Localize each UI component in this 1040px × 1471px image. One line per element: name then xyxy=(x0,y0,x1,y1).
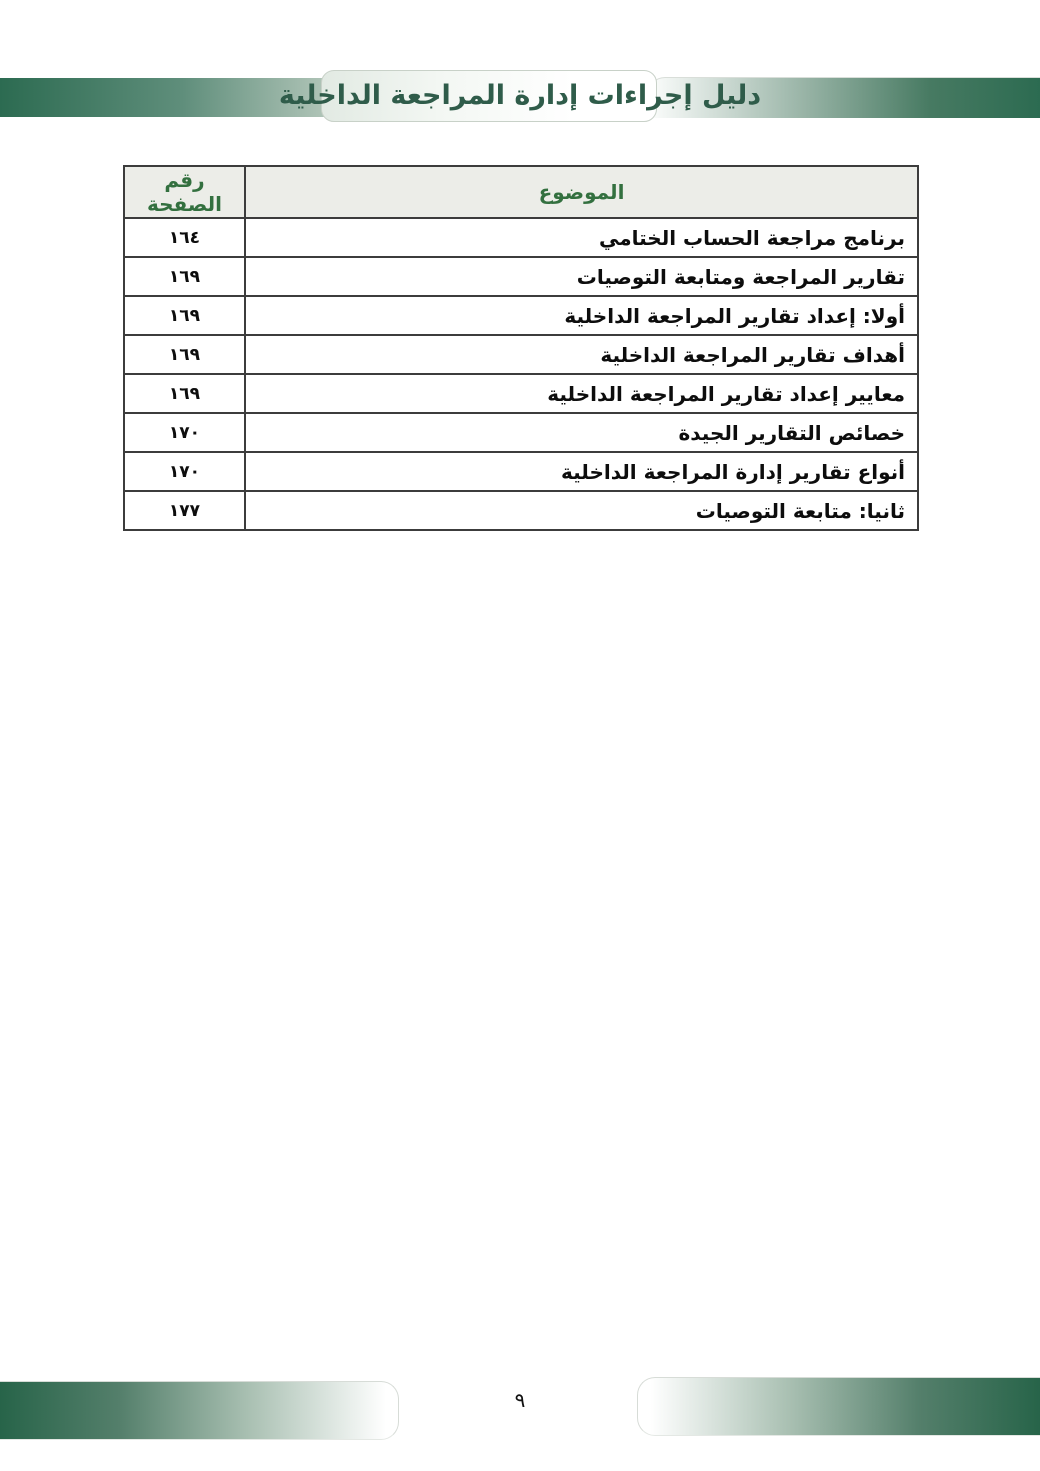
table-row: برنامج مراجعة الحساب الختامي ١٦٤ xyxy=(124,218,918,257)
table-row: أولا: إعداد تقارير المراجعة الداخلية ١٦٩ xyxy=(124,296,918,335)
toc-entry-title: تقارير المراجعة ومتابعة التوصيات xyxy=(245,257,918,296)
toc-entry-title: أولا: إعداد تقارير المراجعة الداخلية xyxy=(245,296,918,335)
toc-table: الموضوع رقم الصفحة برنامج مراجعة الحساب … xyxy=(123,165,919,531)
page-title: دليل إجراءات إدارة المراجعة الداخلية xyxy=(0,70,1040,122)
toc-entry-title: معايير إعداد تقارير المراجعة الداخلية xyxy=(245,374,918,413)
footer-page-number: ٩ xyxy=(0,1388,1040,1412)
toc-header-subject: الموضوع xyxy=(245,166,918,218)
toc-entry-title: برنامج مراجعة الحساب الختامي xyxy=(245,218,918,257)
toc-entry-page: ١٦٩ xyxy=(124,296,245,335)
table-row: تقارير المراجعة ومتابعة التوصيات ١٦٩ xyxy=(124,257,918,296)
table-row: ثانيا: متابعة التوصيات ١٧٧ xyxy=(124,491,918,530)
toc-entry-page: ١٦٩ xyxy=(124,335,245,374)
toc-entry-page: ١٦٤ xyxy=(124,218,245,257)
toc-entry-page: ١٦٩ xyxy=(124,374,245,413)
toc-entry-page: ١٧٠ xyxy=(124,452,245,491)
toc-header-row: الموضوع رقم الصفحة xyxy=(124,166,918,218)
table-row: خصائص التقارير الجيدة ١٧٠ xyxy=(124,413,918,452)
toc-entry-title: أنواع تقارير إدارة المراجعة الداخلية xyxy=(245,452,918,491)
toc-entry-page: ١٦٩ xyxy=(124,257,245,296)
toc-entry-page: ١٧٧ xyxy=(124,491,245,530)
table-row: أهداف تقارير المراجعة الداخلية ١٦٩ xyxy=(124,335,918,374)
toc-entry-title: ثانيا: متابعة التوصيات xyxy=(245,491,918,530)
toc-entry-title: خصائص التقارير الجيدة xyxy=(245,413,918,452)
toc-table-body: برنامج مراجعة الحساب الختامي ١٦٤ تقارير … xyxy=(124,218,918,530)
table-row: أنواع تقارير إدارة المراجعة الداخلية ١٧٠ xyxy=(124,452,918,491)
toc-header-page-number: رقم الصفحة xyxy=(124,166,245,218)
table-row: معايير إعداد تقارير المراجعة الداخلية ١٦… xyxy=(124,374,918,413)
toc-entry-page: ١٧٠ xyxy=(124,413,245,452)
document-page: دليل إجراءات إدارة المراجعة الداخلية الم… xyxy=(0,0,1040,1471)
toc-entry-title: أهداف تقارير المراجعة الداخلية xyxy=(245,335,918,374)
